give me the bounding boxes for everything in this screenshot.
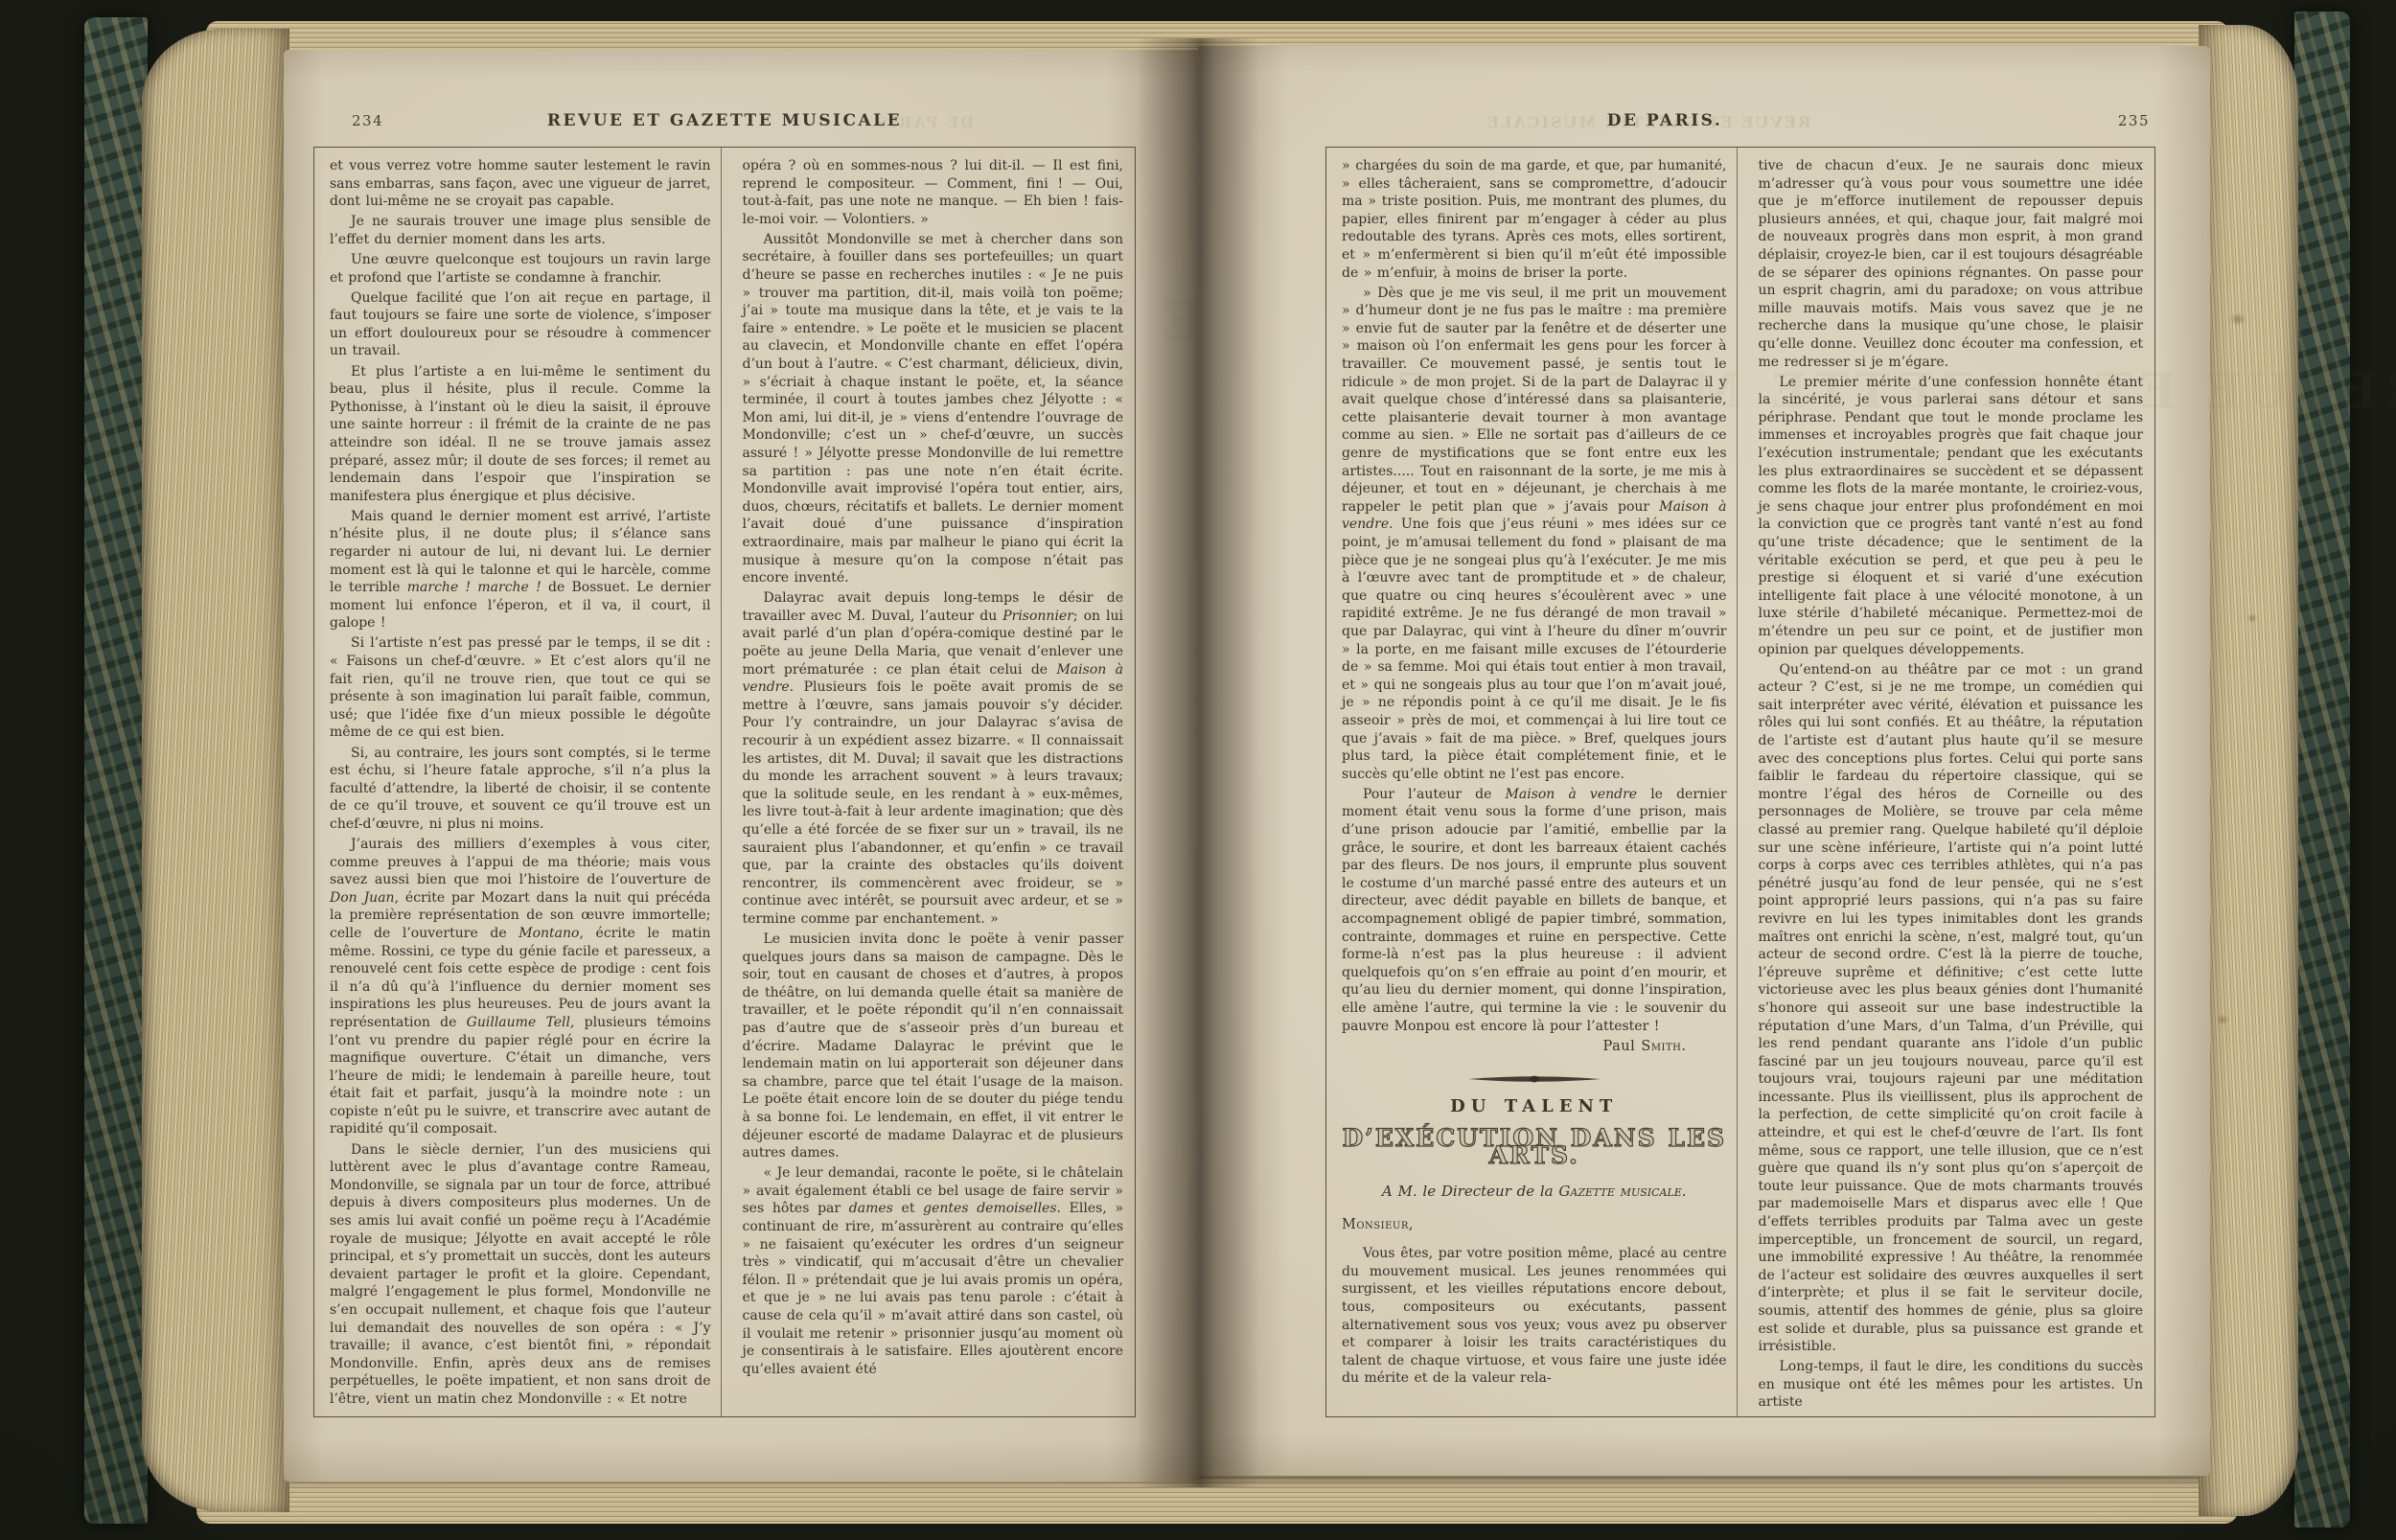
paragraph: J’aurais des milliers d’exemples à vous …: [330, 836, 711, 1138]
book-scan: DE PARIS. REVUE ET GAZETTE MUSICALE 234 …: [0, 0, 2396, 1540]
paragraph: Mais quand le dernier moment est arrivé,…: [330, 508, 711, 632]
page-edge-bottom: [196, 1476, 2238, 1524]
text-column: opéra ? où en sommes-nous ? lui dit-il. …: [721, 148, 1136, 1416]
text-column: tive de chacun d’eux. Je ne saurais donc…: [1737, 148, 2155, 1416]
page-title: DE PARIS.: [1251, 111, 2079, 130]
paragraph: Le musicien invita donc le poëte à venir…: [743, 931, 1124, 1162]
page-number: 234: [352, 112, 383, 129]
article-title-line2: D’EXÉCUTION DANS LES ARTS.: [1342, 1130, 1727, 1165]
paragraph: » Dès que je me vis seul, il me prit un …: [1342, 285, 1727, 784]
article-signature: Paul Smith.: [1342, 1038, 1727, 1056]
paragraph: opéra ? où en sommes-nous ? lui dit-il. …: [743, 157, 1124, 228]
paragraph: Si, au contraire, les jours sont comptés…: [330, 745, 711, 834]
book-cover-right: [2294, 11, 2350, 1528]
paragraph: Et plus l’artiste a en lui-même le senti…: [330, 363, 711, 506]
article-salutation: Monsieur,: [1342, 1216, 1727, 1234]
paragraph: Dalayrac avait depuis long-temps le dési…: [743, 589, 1124, 928]
paragraph: tive de chacun d’eux. Je ne saurais donc…: [1759, 157, 2144, 371]
page-edge-left: [142, 29, 289, 1512]
page-header: 234 REVUE ET GAZETTE MUSICALE: [313, 111, 1136, 142]
paragraph: Aussitôt Mondonville se met à chercher d…: [743, 231, 1124, 587]
page-number: 235: [2118, 112, 2150, 129]
paragraph: Quelque facilité que l’on ait reçue en p…: [330, 289, 711, 360]
paragraph: Si l’artiste n’est pas pressé par le tem…: [330, 634, 711, 742]
article-title-line1: DU TALENT: [1342, 1098, 1727, 1116]
page-header: DE PARIS. 235: [1325, 111, 2154, 142]
text-frame: » chargées du soin de ma garde, et que, …: [1325, 147, 2155, 1417]
paragraph: Dans le siècle dernier, l’un des musicie…: [330, 1141, 711, 1409]
page-edge-right: [2199, 25, 2298, 1516]
paragraph: Vous êtes, par votre position même, plac…: [1342, 1245, 1727, 1388]
paragraph: » chargées du soin de ma garde, et que, …: [1342, 157, 1727, 282]
book-cover-left: [84, 17, 148, 1524]
paragraph: Je ne saurais trouver une image plus sen…: [330, 213, 711, 248]
page-title: REVUE ET GAZETTE MUSICALE: [313, 111, 1136, 130]
section-divider-ornament: [1342, 1070, 1727, 1089]
article-address: A M. le Directeur de la Gazette musicale…: [1342, 1183, 1727, 1201]
text-frame: et vous verrez votre homme sauter lestem…: [313, 147, 1136, 1417]
paragraph: Une œuvre quelconque est toujours un rav…: [330, 251, 711, 287]
right-page: REVUE ET GAZETTE MUSICALE REVUE ET GAZET…: [1198, 46, 2210, 1476]
paragraph: « Je leur demandai, raconte le poëte, si…: [743, 1164, 1124, 1378]
paragraph: Le premier mérite d’une confession honnê…: [1759, 374, 2144, 659]
paragraph: Long-temps, il faut le dire, les conditi…: [1759, 1358, 2144, 1412]
text-column: et vous verrez votre homme sauter lestem…: [314, 148, 721, 1416]
text-column: » chargées du soin de ma garde, et que, …: [1326, 148, 1737, 1416]
paragraph: Pour l’auteur de Maison à vendre le dern…: [1342, 786, 1727, 1035]
left-page: DE PARIS. REVUE ET GAZETTE MUSICALE 234 …: [284, 50, 1198, 1482]
paragraph: Qu’entend-on au théâtre par ce mot : un …: [1759, 661, 2144, 1356]
paragraph: et vous verrez votre homme sauter lestem…: [330, 157, 711, 211]
swelled-rule: [1463, 1073, 1606, 1085]
